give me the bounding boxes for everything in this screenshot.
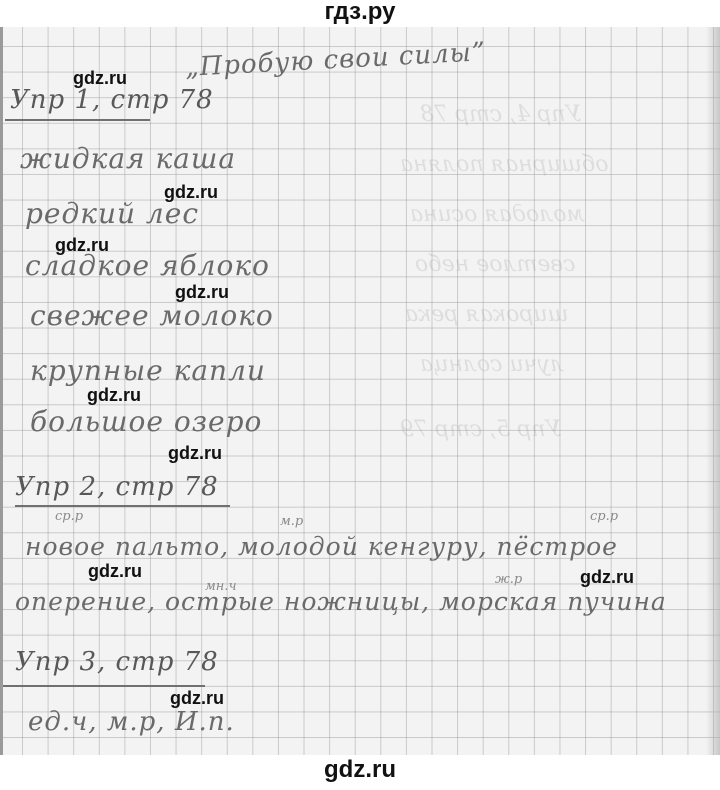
watermark: gdz.ru [87, 386, 141, 404]
exercise-1-underline [5, 119, 150, 121]
gender-annotation: ж.р [495, 572, 522, 587]
watermark: gdz.ru [175, 283, 229, 301]
bleed-through-text: лучи солнца [420, 352, 564, 377]
site-title: гдз.ру [325, 0, 396, 25]
gender-annotation: ср.р [590, 509, 618, 524]
notebook-page: Упр 4, стр 78 обширная поляна молодая ос… [0, 27, 720, 755]
bleed-through-text: Упр 5, стр 79 [400, 417, 561, 442]
exercise-2-underline [15, 505, 230, 507]
bleed-through-text: молодая осина [410, 202, 585, 227]
notebook-title: „Пробую свои силы” [184, 37, 486, 83]
watermark: gdz.ru [580, 568, 634, 586]
bleed-through-text: светлое небо [415, 252, 575, 277]
exercise-2-line: новое пальто, молодой кенгуру, пёстрое [25, 532, 618, 561]
watermark: gdz.ru [55, 236, 109, 254]
gender-annotation: м.р [280, 514, 303, 529]
watermark: gdz.ru [164, 183, 218, 201]
site-header: гдз.ру [0, 0, 720, 27]
watermark: gdz.ru [170, 689, 224, 707]
footer-link[interactable]: gdz.ru [324, 756, 396, 783]
exercise-1-line: большое озеро [30, 405, 262, 438]
exercise-3-heading: Упр 3, стр 78 [15, 647, 219, 677]
watermark: gdz.ru [168, 444, 222, 462]
bleed-through-text: широкая река [405, 302, 569, 327]
exercise-1-line: свежее молоко [30, 299, 274, 332]
exercise-2-heading: Упр 2, стр 78 [15, 472, 219, 502]
site-footer: gdz.ru [0, 755, 720, 790]
exercise-1-line: жидкая каша [20, 142, 236, 175]
exercise-1-line: крупные капли [30, 354, 266, 387]
watermark: gdz.ru [88, 562, 142, 580]
watermark: gdz.ru [73, 69, 127, 87]
exercise-3-line: ед.ч, м.р, И.п. [28, 707, 235, 737]
exercise-2-line: оперение, острые ножницы, морская пучина [15, 587, 667, 616]
exercise-1-heading: Упр 1, стр 78 [10, 85, 214, 115]
exercise-3-underline [3, 685, 205, 687]
bleed-through-text: обширная поляна [400, 152, 609, 177]
gender-annotation: ср.р [55, 509, 83, 524]
bleed-through-text: Упр 4, стр 78 [420, 102, 581, 127]
